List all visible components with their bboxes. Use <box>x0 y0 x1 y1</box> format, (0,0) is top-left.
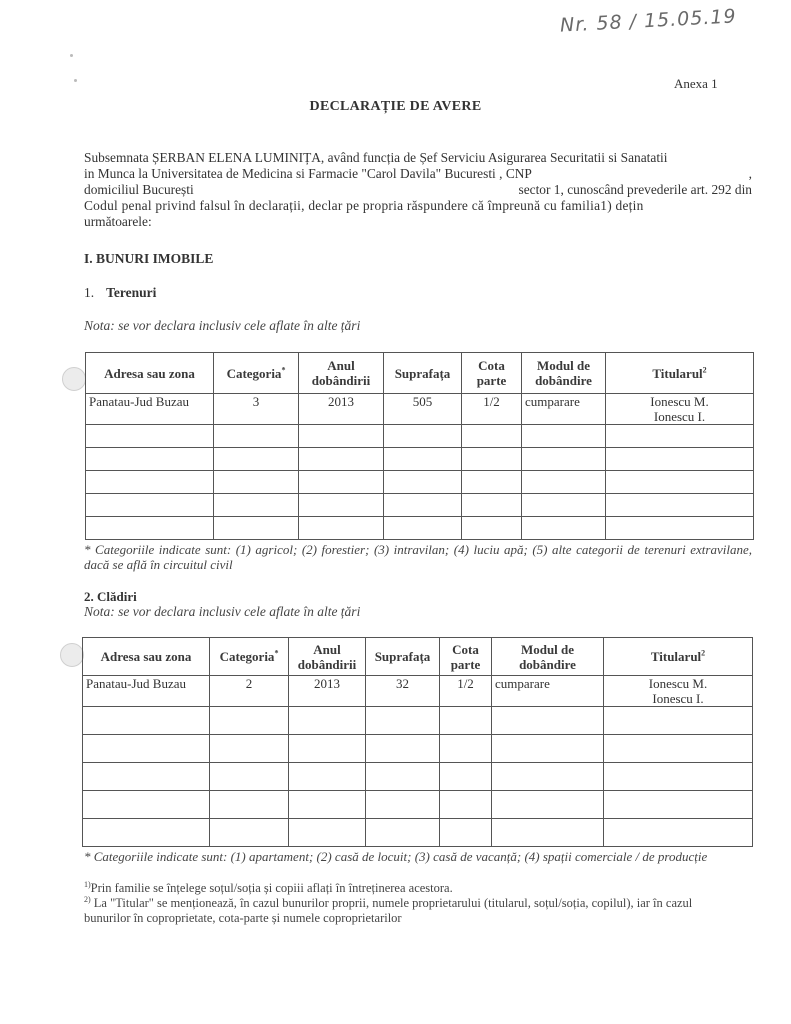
table-row <box>83 707 753 735</box>
table-cell <box>214 471 299 494</box>
table-cell: cumparare <box>522 394 606 425</box>
table-cell <box>522 448 606 471</box>
table-cell: 2 <box>210 676 289 707</box>
table-row <box>83 735 753 763</box>
table-cell <box>299 494 384 517</box>
table-cell <box>366 819 440 847</box>
table-cell <box>289 707 366 735</box>
table-cell <box>299 517 384 540</box>
table-cell <box>604 791 753 819</box>
table-cell: 32 <box>366 676 440 707</box>
intro-line-2-left: in Munca la Universitatea de Medicina si… <box>84 166 532 181</box>
column-header: Cota parte <box>462 353 522 394</box>
table-cell: 505 <box>384 394 462 425</box>
table-cell: Panatau-Jud Buzau <box>83 676 210 707</box>
intro-line-1: Subsemnata ȘERBAN ELENA LUMINIȚA, având … <box>84 150 752 166</box>
table-cell <box>604 735 753 763</box>
table-cell <box>214 517 299 540</box>
table-cell <box>214 494 299 517</box>
table-row <box>86 448 754 471</box>
table-cell <box>289 791 366 819</box>
subsection-title: Terenuri <box>106 285 156 300</box>
subsection-heading-buildings: 2. Clădiri <box>84 589 137 605</box>
table-header-row: Adresa sau zonaCategoria*Anul dobândirii… <box>86 353 754 394</box>
table-cell <box>366 763 440 791</box>
table-cell <box>86 471 214 494</box>
intro-line-4: Codul penal privind falsul în declarații… <box>84 198 752 214</box>
table-cell <box>522 517 606 540</box>
table-cell <box>492 735 604 763</box>
column-header: Adresa sau zona <box>83 638 210 676</box>
table-cell <box>210 735 289 763</box>
table-cell <box>214 448 299 471</box>
table-cell <box>83 791 210 819</box>
table-cell <box>462 425 522 448</box>
subsection-heading-land: 1.Terenuri <box>84 285 156 301</box>
table-cell: 3 <box>214 394 299 425</box>
table-cell <box>440 707 492 735</box>
table-cell <box>492 763 604 791</box>
table-cell <box>214 425 299 448</box>
column-header: Categoria* <box>214 353 299 394</box>
handwritten-registration-number: Nr. 58 / 15.05.19 <box>560 5 738 36</box>
table-cell <box>384 448 462 471</box>
table-cell <box>606 494 754 517</box>
table-cell <box>289 819 366 847</box>
intro-line-3-left: domiciliul București <box>84 182 194 197</box>
punch-hole-icon <box>60 643 84 667</box>
table-cell <box>366 791 440 819</box>
footnote-family-definition: 1)Prin familie se înțelege soțul/soția ș… <box>84 881 453 896</box>
punch-hole-icon <box>62 367 86 391</box>
table-row <box>83 819 753 847</box>
annex-label: Anexa 1 <box>674 76 718 92</box>
building-categories-footnote: * Categoriile indicate sunt: (1) apartam… <box>84 849 752 864</box>
table-cell: 1/2 <box>440 676 492 707</box>
land-table: Adresa sau zonaCategoria*Anul dobândirii… <box>85 352 754 540</box>
table-cell <box>492 819 604 847</box>
table-cell <box>440 763 492 791</box>
column-header: Cota parte <box>440 638 492 676</box>
footnote-marker: 2) <box>84 895 91 904</box>
table-cell <box>462 471 522 494</box>
table-cell <box>522 494 606 517</box>
table-row <box>83 763 753 791</box>
column-header: Titularul2 <box>606 353 754 394</box>
column-header: Categoria* <box>210 638 289 676</box>
land-categories-footnote: * Categoriile indicate sunt: (1) agricol… <box>84 542 752 572</box>
table-cell <box>604 707 753 735</box>
column-header: Suprafața <box>384 353 462 394</box>
table-cell <box>462 448 522 471</box>
buildings-table: Adresa sau zonaCategoria*Anul dobândirii… <box>82 637 753 847</box>
table-row: Panatau-Jud Buzau22013321/2cumparareIone… <box>83 676 753 707</box>
table-cell <box>384 494 462 517</box>
table-cell: Ionescu M. Ionescu I. <box>604 676 753 707</box>
table-cell <box>83 707 210 735</box>
table-cell <box>299 471 384 494</box>
table-cell <box>86 448 214 471</box>
table-row <box>83 791 753 819</box>
buildings-note: Nota: se vor declara inclusiv cele aflat… <box>84 604 360 620</box>
table-cell: 2013 <box>289 676 366 707</box>
table-cell <box>299 448 384 471</box>
column-header: Anul dobândirii <box>299 353 384 394</box>
table-cell <box>384 517 462 540</box>
table-cell <box>210 819 289 847</box>
intro-line-2-right: , <box>749 166 752 182</box>
section-heading-real-estate: I. BUNURI IMOBILE <box>84 251 213 267</box>
table-cell <box>289 763 366 791</box>
column-header: Titularul2 <box>604 638 753 676</box>
table-cell: 2013 <box>299 394 384 425</box>
footnote-holder-definition: 2) La "Titular" se menționează, în cazul… <box>84 896 724 926</box>
intro-line-2: in Munca la Universitatea de Medicina si… <box>84 166 752 182</box>
table-cell <box>384 425 462 448</box>
table-cell <box>366 707 440 735</box>
table-row: Panatau-Jud Buzau320135051/2cumparareIon… <box>86 394 754 425</box>
table-cell <box>492 791 604 819</box>
column-header: Anul dobândirii <box>289 638 366 676</box>
table-cell <box>606 448 754 471</box>
table-cell <box>606 425 754 448</box>
table-cell <box>366 735 440 763</box>
table-cell <box>604 819 753 847</box>
column-header: Modul de dobândire <box>492 638 604 676</box>
table-row <box>86 425 754 448</box>
table-cell <box>440 819 492 847</box>
table-cell <box>462 517 522 540</box>
table-cell <box>522 471 606 494</box>
table-cell <box>606 517 754 540</box>
table-row <box>86 517 754 540</box>
table-cell <box>83 819 210 847</box>
intro-line-3-right: sector 1, cunoscând prevederile art. 292… <box>518 182 752 198</box>
scan-speck <box>74 79 77 82</box>
table-cell <box>210 763 289 791</box>
subsection-number: 1. <box>84 285 94 300</box>
table-cell: Ionescu M. Ionescu I. <box>606 394 754 425</box>
footnote-marker: 1) <box>84 880 91 889</box>
table-cell <box>289 735 366 763</box>
column-header: Suprafața <box>366 638 440 676</box>
table-cell <box>86 494 214 517</box>
table-cell <box>492 707 604 735</box>
column-header: Adresa sau zona <box>86 353 214 394</box>
intro-line-3: domiciliul București sector 1, cunoscând… <box>84 182 752 198</box>
footnote-text: Prin familie se înțelege soțul/soția și … <box>91 881 453 895</box>
table-cell: Panatau-Jud Buzau <box>86 394 214 425</box>
document-title: DECLARAȚIE DE AVERE <box>0 99 791 115</box>
table-cell <box>210 707 289 735</box>
table-cell <box>606 471 754 494</box>
table-row <box>86 494 754 517</box>
scan-speck <box>70 54 73 57</box>
land-note: Nota: se vor declara inclusiv cele aflat… <box>84 318 360 334</box>
table-cell <box>86 425 214 448</box>
column-header: Modul de dobândire <box>522 353 606 394</box>
intro-line-5: următoarele: <box>84 214 752 230</box>
table-cell <box>440 735 492 763</box>
table-cell <box>604 763 753 791</box>
table-cell <box>83 735 210 763</box>
table-cell <box>299 425 384 448</box>
table-cell: cumparare <box>492 676 604 707</box>
table-cell <box>522 425 606 448</box>
table-header-row: Adresa sau zonaCategoria*Anul dobândirii… <box>83 638 753 676</box>
table-cell: 1/2 <box>462 394 522 425</box>
table-row <box>86 471 754 494</box>
table-cell <box>384 471 462 494</box>
table-cell <box>440 791 492 819</box>
table-cell <box>462 494 522 517</box>
footnote-text: La "Titular" se menționează, în cazul bu… <box>84 896 692 925</box>
table-cell <box>86 517 214 540</box>
declaration-intro-paragraph: Subsemnata ȘERBAN ELENA LUMINIȚA, având … <box>84 150 752 230</box>
table-cell <box>83 763 210 791</box>
table-cell <box>210 791 289 819</box>
